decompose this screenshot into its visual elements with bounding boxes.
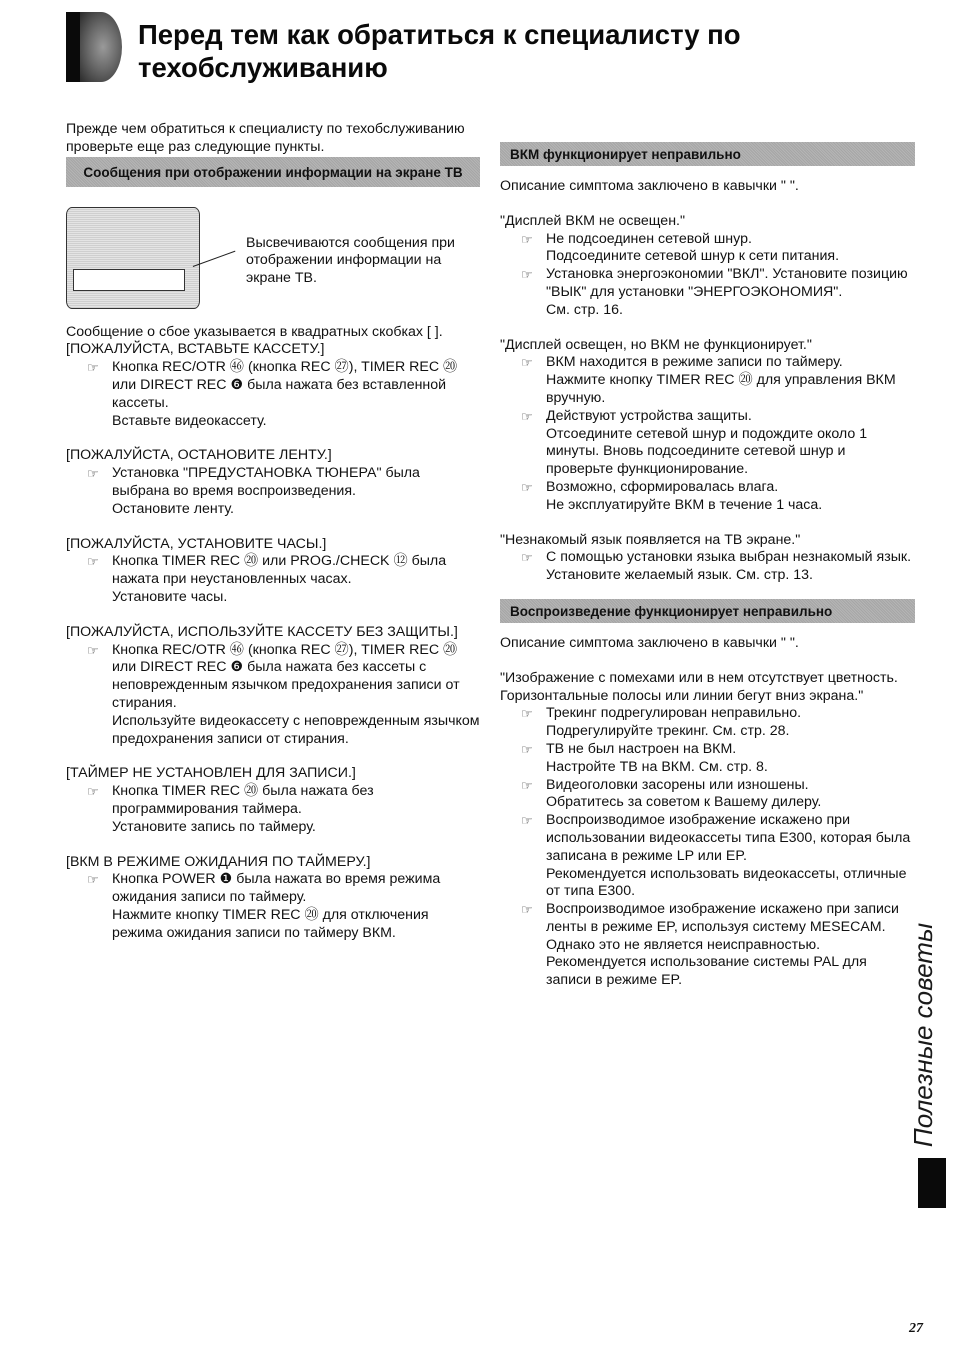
message-entry: [ВКМ В РЕЖИМЕ ОЖИДАНИЯ ПО ТАЙМЕРУ.] ☞ Кн… — [66, 854, 480, 943]
tv-screen-illustration — [66, 207, 200, 309]
cause-text: ТВ не был настроен на ВКМ. — [546, 741, 736, 757]
cause-text: С помощью установки языка выбран незнако… — [546, 549, 911, 565]
cause-text: Кнопка POWER ❶ была нажата во время режи… — [112, 871, 440, 905]
pointing-hand-icon: ☞ — [87, 359, 99, 377]
page-title: Перед тем как обратиться к специалисту п… — [138, 18, 858, 84]
symptom-entry: "Дисплей ВКМ не освещен." ☞ Не подсоедин… — [500, 213, 915, 320]
section-tab-mark-icon — [66, 12, 122, 82]
cause-item: ☞ Кнопка TIMER REC ⑳ или PROG./CHECK ⑫ б… — [66, 553, 480, 589]
message-title: [ПОЖАЛУЙСТА, УСТАНОВИТЕ ЧАСЫ.] — [66, 536, 480, 554]
cause-item: ☞ Кнопка TIMER REC ⑳ была нажата без про… — [66, 783, 480, 819]
message-title: [ПОЖАЛУЙСТА, ВСТАВЬТЕ КАССЕТУ.] — [66, 341, 480, 359]
cause-item: ☞ Возможно, сформировалась влага. — [500, 479, 915, 497]
cause-item: ☞ Кнопка REC/OTR ㊻ (кнопка REC ㉗), TIMER… — [66, 642, 480, 713]
symptom-title: "Изображение с помехами или в нем отсутс… — [500, 670, 915, 706]
symptom-entry: "Незнакомый язык появляется на ТВ экране… — [500, 532, 915, 585]
pointing-hand-icon: ☞ — [521, 777, 533, 795]
quotes-note: Описание симптома заключено в кавычки " … — [500, 178, 915, 196]
cause-item: ☞ Не подсоединен сетевой шнур. — [500, 231, 915, 249]
pointing-hand-icon: ☞ — [521, 231, 533, 249]
cause-item: ☞ ТВ не был настроен на ВКМ. — [500, 741, 915, 759]
message-entry: [ПОЖАЛУЙСТА, ИСПОЛЬЗУЙТЕ КАССЕТУ БЕЗ ЗАЩ… — [66, 624, 480, 749]
remedy-text: Нажмите кнопку TIMER REC ⑳ для управлени… — [500, 372, 915, 408]
remedy-text: См. стр. 16. — [500, 302, 915, 320]
message-entry: [ПОЖАЛУЙСТА, УСТАНОВИТЕ ЧАСЫ.] ☞ Кнопка … — [66, 536, 480, 607]
cause-text: Видеоголовки засорены или изношены. — [546, 777, 809, 793]
cause-text: ВКМ находится в режиме записи по таймеру… — [546, 354, 843, 370]
cause-text: Кнопка TIMER REC ⑳ была нажата без прогр… — [112, 783, 374, 817]
left-column: Прежде чем обратиться к специалисту по т… — [66, 121, 480, 943]
symptom-title: "Дисплей освещен, но ВКМ не функционируе… — [500, 337, 915, 355]
remedy-text: Установите часы. — [66, 589, 480, 607]
symptom-title: "Дисплей ВКМ не освещен." — [500, 213, 915, 231]
pointing-hand-icon: ☞ — [521, 408, 533, 426]
cause-text: Кнопка REC/OTR ㊻ (кнопка REC ㉗), TIMER R… — [112, 359, 457, 411]
cause-item: ☞ Трекинг подрегулирован неправильно. — [500, 705, 915, 723]
message-title: [ПОЖАЛУЙСТА, ИСПОЛЬЗУЙТЕ КАССЕТУ БЕЗ ЗАЩ… — [66, 624, 480, 642]
cause-text: Установка энергоэкономии "ВКЛ". Установи… — [546, 266, 908, 300]
remedy-text: Подсоедините сетевой шнур к сети питания… — [500, 248, 915, 266]
cause-text: Действуют устройства защиты. — [546, 408, 752, 424]
cause-text: Кнопка TIMER REC ⑳ или PROG./CHECK ⑫ был… — [112, 553, 446, 587]
quotes-note: Описание симптома заключено в кавычки " … — [500, 635, 915, 653]
cause-item: ☞ Воспроизводимое изображение искажено п… — [500, 812, 915, 865]
section-heading-playback-malfunction: Воспроизведение функционирует неправильн… — [500, 599, 915, 623]
pointing-hand-icon: ☞ — [87, 465, 99, 483]
cause-item: ☞ Установка энергоэкономии "ВКЛ". Устано… — [500, 266, 915, 302]
pointing-hand-icon: ☞ — [521, 812, 533, 830]
remedy-text: Установите запись по таймеру. — [66, 819, 480, 837]
tv-message-box — [73, 269, 185, 291]
remedy-text: Используйте видеокассету с неповрежденны… — [66, 713, 480, 749]
cause-item: ☞ Кнопка POWER ❶ была нажата во время ре… — [66, 871, 480, 907]
chapter-side-label: Полезные советы — [904, 925, 944, 1145]
pointing-hand-icon: ☞ — [87, 783, 99, 801]
cause-text: Возможно, сформировалась влага. — [546, 479, 778, 495]
pointing-hand-icon: ☞ — [521, 741, 533, 759]
remedy-text: Подрегулируйте трекинг. См. стр. 28. — [500, 723, 915, 741]
cause-text: Установка "ПРЕДУСТАНОВКА ТЮНЕРА" была вы… — [112, 465, 420, 499]
cause-item: ☞ Видеоголовки засорены или изношены. — [500, 777, 915, 795]
pointing-hand-icon: ☞ — [521, 901, 533, 919]
cause-item: ☞ Действуют устройства защиты. — [500, 408, 915, 426]
tv-screen-figure: Высвечиваются сообщения при отображении … — [66, 199, 480, 324]
message-title: [ПОЖАЛУЙСТА, ОСТАНОВИТЕ ЛЕНТУ.] — [66, 447, 480, 465]
pointing-hand-icon: ☞ — [87, 642, 99, 660]
section-heading-tv-messages: Сообщения при отображении информации на … — [66, 157, 480, 187]
cause-text: Кнопка REC/OTR ㊻ (кнопка REC ㉗), TIMER R… — [112, 642, 460, 711]
tv-caption: Высвечиваются сообщения при отображении … — [246, 235, 466, 288]
remedy-text: Рекомендуется использовать видеокассеты,… — [500, 866, 915, 902]
remedy-text: Нажмите кнопку TIMER REC ⑳ для отключени… — [66, 907, 480, 943]
cause-item: ☞ Установка "ПРЕДУСТАНОВКА ТЮНЕРА" была … — [66, 465, 480, 501]
remedy-text: Вставьте видеокассету. — [66, 413, 480, 431]
pointing-hand-icon: ☞ — [521, 705, 533, 723]
remedy-text: Однако это не является неисправностью. Р… — [500, 937, 915, 990]
symptom-entry: "Изображение с помехами или в нем отсутс… — [500, 670, 915, 990]
chapter-marker-block — [918, 1158, 946, 1208]
intro-text: Прежде чем обратиться к специалисту по т… — [66, 121, 480, 157]
remedy-text: Остановите ленту. — [66, 501, 480, 519]
remedy-text: Не эксплуатируйте ВКМ в течение 1 часа. — [500, 497, 915, 515]
remedy-text: Обратитесь за советом к Вашему дилеру. — [500, 794, 915, 812]
message-title: [ВКМ В РЕЖИМЕ ОЖИДАНИЯ ПО ТАЙМЕРУ.] — [66, 854, 480, 872]
remedy-text: Настройте ТВ на ВКМ. См. стр. 8. — [500, 759, 915, 777]
cause-text: Воспроизводимое изображение искажено при… — [546, 812, 910, 864]
pointing-hand-icon: ☞ — [521, 479, 533, 497]
cause-text: Трекинг подрегулирован неправильно. — [546, 705, 801, 721]
message-title: [ТАЙМЕР НЕ УСТАНОВЛЕН ДЛЯ ЗАПИСИ.] — [66, 765, 480, 783]
remedy-text: Установите желаемый язык. См. стр. 13. — [500, 567, 915, 585]
page-number: 27 — [909, 1320, 923, 1338]
message-entry: [ПОЖАЛУЙСТА, ВСТАВЬТЕ КАССЕТУ.] ☞ Кнопка… — [66, 341, 480, 430]
remedy-text: Отсоедините сетевой шнур и подождите око… — [500, 426, 915, 479]
symptom-title: "Незнакомый язык появляется на ТВ экране… — [500, 532, 915, 550]
cause-text: Не подсоединен сетевой шнур. — [546, 231, 752, 247]
pointing-hand-icon: ☞ — [521, 354, 533, 372]
pointing-hand-icon: ☞ — [87, 871, 99, 889]
cause-item: ☞ С помощью установки языка выбран незна… — [500, 549, 915, 567]
pointing-hand-icon: ☞ — [521, 266, 533, 284]
pointing-hand-icon: ☞ — [87, 553, 99, 571]
message-entry: [ТАЙМЕР НЕ УСТАНОВЛЕН ДЛЯ ЗАПИСИ.] ☞ Кно… — [66, 765, 480, 836]
brackets-note: Сообщение о сбое указывается в квадратны… — [66, 324, 480, 342]
cause-text: Воспроизводимое изображение искажено при… — [546, 901, 899, 935]
cause-item: ☞ ВКМ находится в режиме записи по тайме… — [500, 354, 915, 372]
cause-item: ☞ Кнопка REC/OTR ㊻ (кнопка REC ㉗), TIMER… — [66, 359, 480, 412]
section-heading-vcr-malfunction: ВКМ функционирует неправильно — [500, 142, 915, 166]
symptom-entry: "Дисплей освещен, но ВКМ не функционируе… — [500, 337, 915, 515]
pointing-hand-icon: ☞ — [521, 549, 533, 567]
chapter-label-text: Полезные советы — [915, 923, 933, 1147]
message-entry: [ПОЖАЛУЙСТА, ОСТАНОВИТЕ ЛЕНТУ.] ☞ Устано… — [66, 447, 480, 518]
message-list: [ПОЖАЛУЙСТА, ВСТАВЬТЕ КАССЕТУ.] ☞ Кнопка… — [66, 341, 480, 942]
right-column: ВКМ функционирует неправильно Описание с… — [500, 142, 915, 990]
cause-item: ☞ Воспроизводимое изображение искажено п… — [500, 901, 915, 937]
